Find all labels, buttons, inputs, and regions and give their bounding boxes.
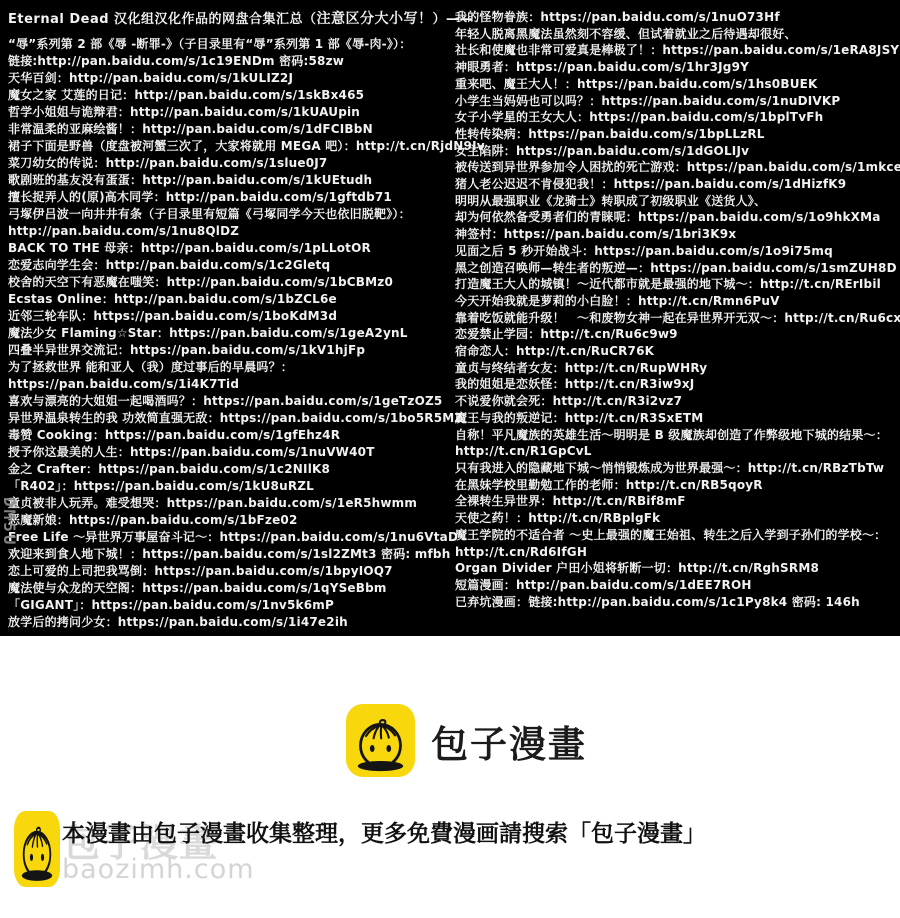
text-line: 「GIGANT」：https://pan.baidu.com/s/1nv5k6m…	[8, 597, 454, 614]
text-line: 社长和使魔也非常可爱真是棒极了！：https://pan.baidu.com/s…	[455, 42, 900, 59]
text-line: 魔法使与众龙的天空阁：https://pan.baidu.com/s/1qYSe…	[8, 580, 454, 597]
text-line: 靠着吃饭就能升级！ ～和废物女神一起在异世界开无双～：http://t.cn/R…	[455, 310, 900, 327]
text-line: 女主陷阱：https://pan.baidu.com/s/1dGOLIJv	[455, 143, 900, 160]
text-line: 喜欢与漂亮的大姐姐一起喝酒吗？：https://pan.baidu.com/s/…	[8, 393, 454, 410]
text-line: 神眼勇者：https://pan.baidu.com/s/1hr3Jg9Y	[455, 59, 900, 76]
text-line: 不说爱你就会死：http://t.cn/R3i2vz7	[455, 393, 900, 410]
text-line: 今天开始我就是萝莉的小白脸！：http://t.cn/Rmn6PuV	[455, 293, 900, 310]
text-line: 恋上可爱的上司把我骂倒：https://pan.baidu.com/s/1bpy…	[8, 563, 454, 580]
text-line: 童贞被非人玩弄。难受想哭：https://pan.baidu.com/s/1eR…	[8, 495, 454, 512]
text-line: 魔王与我的叛逆记：http://t.cn/R3SxETM	[455, 410, 900, 427]
text-line: 猪人老公迟迟不肯侵犯我！：https://pan.baidu.com/s/1dH…	[455, 176, 900, 193]
text-line: 天使之药！：http://t.cn/RBplgFk	[455, 510, 900, 527]
text-line: 短篇漫画：http://pan.baidu.com/s/1dEE7ROH	[455, 577, 900, 594]
text-line: 见面之后 5 秒开始战斗：https://pan.baidu.com/s/1o9…	[455, 243, 900, 260]
text-line: 四叠半异世界交流记：https://pan.baidu.com/s/1kV1hj…	[8, 342, 454, 359]
text-line: 女子小学星的王女大人：https://pan.baidu.com/s/1bplT…	[455, 109, 900, 126]
text-line: 哲学小姐姐与诡辩君：http://pan.baidu.com/s/1kUAUpi…	[8, 104, 454, 121]
side-watermark: DM5U	[0, 497, 19, 622]
page: Eternal Dead 汉化组汉化作品的网盘合集汇总（注意区分大小写！）—— …	[0, 0, 900, 918]
text-line: 菜刀幼女的传说：http://pan.baidu.com/s/1slue0J7	[8, 155, 454, 172]
text-line: 裙子下面是野兽（度盘被河蟹三次了，大家将就用 MEGA 吧）：http://t.…	[8, 138, 454, 155]
text-line: 恋爱志向学生会：http://pan.baidu.com/s/1c2Gletq	[8, 257, 454, 274]
baozi-bun-icon-small	[14, 811, 60, 887]
text-line: 链接:http://pan.baidu.com/s/1c19ENDm 密码:58…	[8, 53, 454, 70]
text-line: 非常温柔的亚麻绘酱！：http://pan.baidu.com/s/1dFCIB…	[8, 121, 454, 138]
logo-title: 包子漫畫	[431, 714, 587, 768]
text-line: 神签村：https://pan.baidu.com/s/1bri3K9x	[455, 226, 900, 243]
text-line: 为了拯救世界 能和亚人（我）度过事后的早晨吗？：	[8, 359, 454, 376]
text-line: 已弃坑漫画：链接:http://pan.baidu.com/s/1c1Py8k4…	[455, 594, 900, 611]
text-line: 弓塚伊吕波一向井井有条（子目录里有短篇《弓塚同学今天也依旧脱靶》）：	[8, 206, 454, 223]
text-line: 我的怪物眷族：https://pan.baidu.com/s/1nuO73Hf	[455, 9, 900, 26]
text-line: 魔女之家 艾莲的日记：http://pan.baidu.com/s/1skBx4…	[8, 87, 454, 104]
text-line: 宿命恋人：http://t.cn/RuCR76K	[455, 343, 900, 360]
text-line: https://pan.baidu.com/s/1i4K7Tid	[8, 376, 454, 393]
page-title-warning: 注意区分大小写！	[317, 11, 433, 27]
text-line: 「R402」：https://pan.baidu.com/s/1kU8uRZL	[8, 478, 454, 495]
baozi-logo: 包子漫畫	[346, 704, 587, 777]
text-line: 全裸转生异世界：http://t.cn/RBif8mF	[455, 493, 900, 510]
text-line: 被传送到异世界参加令人困扰的死亡游戏：https://pan.baidu.com…	[455, 159, 900, 176]
left-column: “辱”系列第 2 部《辱 -断罪-》（子目录里有“辱”系列第 1 部《辱-肉-》…	[8, 36, 454, 631]
text-line: 校舍的天空下有恶魔在嗤笑：http://pan.baidu.com/s/1bCB…	[8, 274, 454, 291]
text-line: Free Life ～异世界万事屋奋斗记～：https://pan.baidu.…	[8, 529, 454, 546]
right-column: 我的怪物眷族：https://pan.baidu.com/s/1nuO73Hf年…	[455, 9, 900, 610]
text-line: 小学生当妈妈也可以吗？：https://pan.baidu.com/s/1nuD…	[455, 93, 900, 110]
text-line: 歌剧班的基友没有蛋蛋：http://pan.baidu.com/s/1kUEtu…	[8, 172, 454, 189]
text-line: http://pan.baidu.com/s/1nu8QlDZ	[8, 223, 454, 240]
text-line: 自称！平凡魔族的英雄生活～明明是 B 级魔族却创造了作弊级地下城的结果～：	[455, 427, 900, 444]
text-line: http://t.cn/Rd6IfGH	[455, 544, 900, 561]
footer: 包子漫畫 包子漫畫 baozimh.com 本漫畫由包子漫畫收集整理，更多免費漫…	[0, 636, 900, 918]
text-line: 魔王学院的不适合者 ～史上最强的魔王始祖、转生之后入学到子孙们的学校～：	[455, 527, 900, 544]
text-line: http://t.cn/R1GpCvL	[455, 443, 900, 460]
text-line: 只有我进入的隐藏地下城～悄悄锻炼成为世界最强～：http://t.cn/RBzT…	[455, 460, 900, 477]
text-line: 异世界温泉转生的我 功效简直强无敌：https://pan.baidu.com/…	[8, 410, 454, 427]
text-line: 重来吧、魔王大人！：https://pan.baidu.com/s/1hs0BU…	[455, 76, 900, 93]
text-line: 放学后的拷问少女：https://pan.baidu.com/s/1i47e2i…	[8, 614, 454, 631]
text-line: 毒赞 Cooking：https://pan.baidu.com/s/1gfEh…	[8, 427, 454, 444]
text-line: 却为何依然备受勇者们的青睐呢：https://pan.baidu.com/s/1…	[455, 209, 900, 226]
text-line: 年轻人脱离黑魔法虽然刻不容缓、但试着就业之后待遇却很好、	[455, 26, 900, 43]
text-line: Organ Divider 户田小姐将斩断一切：http://t.cn/RghS…	[455, 560, 900, 577]
credit-text: 本漫畫由包子漫畫收集整理，更多免費漫画請搜索「包子漫畫」	[62, 815, 706, 848]
page-title-prefix: Eternal Dead 汉化组汉化作品的网盘合集汇总（	[8, 12, 317, 27]
text-line: 黑之创造召唤师—转生者的叛逆—：https://pan.baidu.com/s/…	[455, 260, 900, 277]
baozi-bun-icon	[346, 704, 415, 777]
text-line: 授予你这最美的人生：https://pan.baidu.com/s/1nuVW4…	[8, 444, 454, 461]
text-line: 恶魔新娘：https://pan.baidu.com/s/1bFze02	[8, 512, 454, 529]
text-line: BACK TO THE 母亲：http://pan.baidu.com/s/1p…	[8, 240, 454, 257]
text-line: 性转传染病：https://pan.baidu.com/s/1bpLLzRL	[455, 126, 900, 143]
page-title: Eternal Dead 汉化组汉化作品的网盘合集汇总（注意区分大小写！）——	[8, 8, 473, 28]
text-line: 恋爱禁止学园：http://t.cn/Ru6c9w9	[455, 326, 900, 343]
text-line: “辱”系列第 2 部《辱 -断罪-》（子目录里有“辱”系列第 1 部《辱-肉-》…	[8, 36, 454, 53]
text-line: 在黑妹学校里勤勉工作的老师：http://t.cn/RB5qoyR	[455, 477, 900, 494]
text-line: 近邻三轮车队：https://pan.baidu.com/s/1boKdM3d	[8, 308, 454, 325]
text-line: 明明从最强职业《龙骑士》转职成了初级职业《送货人》、	[455, 193, 900, 210]
text-line: 金之 Crafter：https://pan.baidu.com/s/1c2NI…	[8, 461, 454, 478]
text-line: 天华百剑：http://pan.baidu.com/s/1kULIZ2J	[8, 70, 454, 87]
watermark-domain-text: baozimh.com	[62, 854, 255, 885]
text-line: Ecstas Online：http://pan.baidu.com/s/1bZ…	[8, 291, 454, 308]
text-line: 魔法少女 Flaming☆Star：https://pan.baidu.com/…	[8, 325, 454, 342]
links-panel: Eternal Dead 汉化组汉化作品的网盘合集汇总（注意区分大小写！）—— …	[0, 0, 900, 636]
text-line: 童贞与终结者女友：http://t.cn/RupWHRy	[455, 360, 900, 377]
text-line: 打造魔王大人的城镇！～近代都市就是最强的地下城～：http://t.cn/REr…	[455, 276, 900, 293]
text-line: 擅长捉弄人的(原)高木同学：http://pan.baidu.com/s/1gf…	[8, 189, 454, 206]
credit-strip: 包子漫畫 baozimh.com 本漫畫由包子漫畫收集整理，更多免費漫画請搜索「…	[0, 808, 900, 918]
text-line: 我的姐姐是恋妖怪：http://t.cn/R3iw9xJ	[455, 376, 900, 393]
text-line: 欢迎来到食人地下城！：https://pan.baidu.com/s/1sl2Z…	[8, 546, 454, 563]
